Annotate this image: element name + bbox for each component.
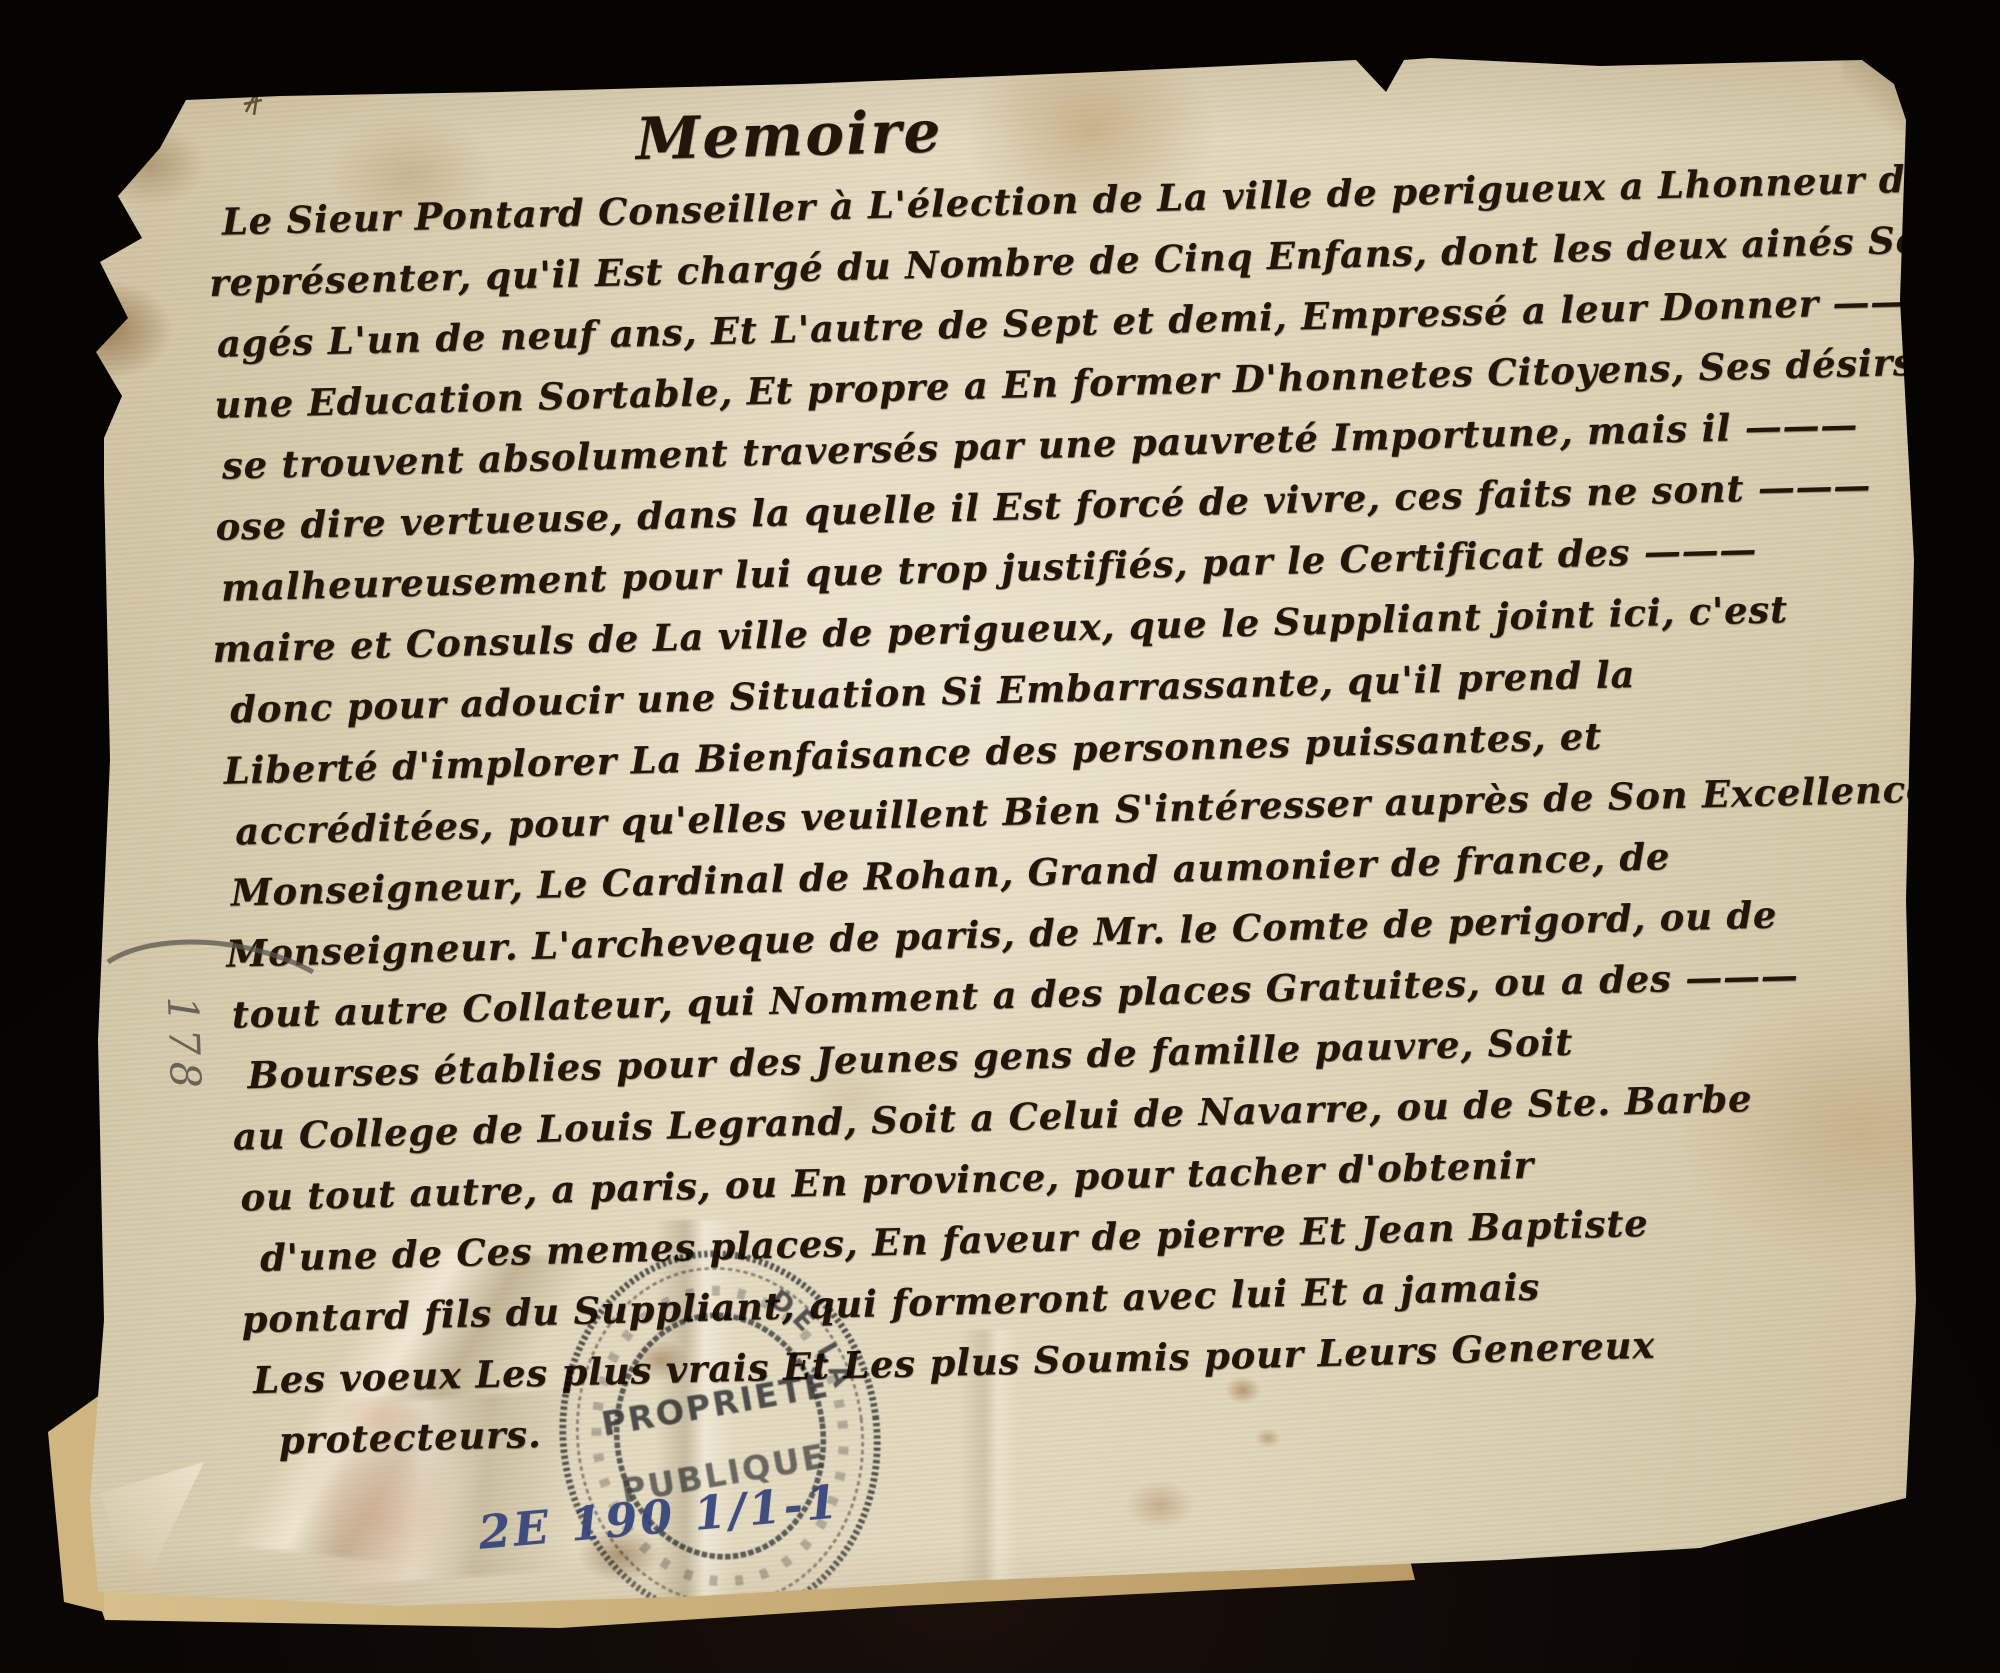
manuscript-text: Memoire Le Sieur Pontard Conseiller à L'… [205,69,1939,1473]
stamp-center-line1: PROPRIÉTÉ [598,1364,832,1443]
manuscript-paper: Memoire Le Sieur Pontard Conseiller à L'… [0,0,2000,1673]
stamp-outer-ring [542,1236,898,1637]
document-photo: Memoire Le Sieur Pontard Conseiller à L'… [0,0,2000,1673]
archive-ink-stamp: DE LA PROPRIÉTÉ PUBLIQUE [530,1223,911,1649]
margin-number: 178 [45,995,207,1061]
margin-pen-swash [98,920,328,994]
